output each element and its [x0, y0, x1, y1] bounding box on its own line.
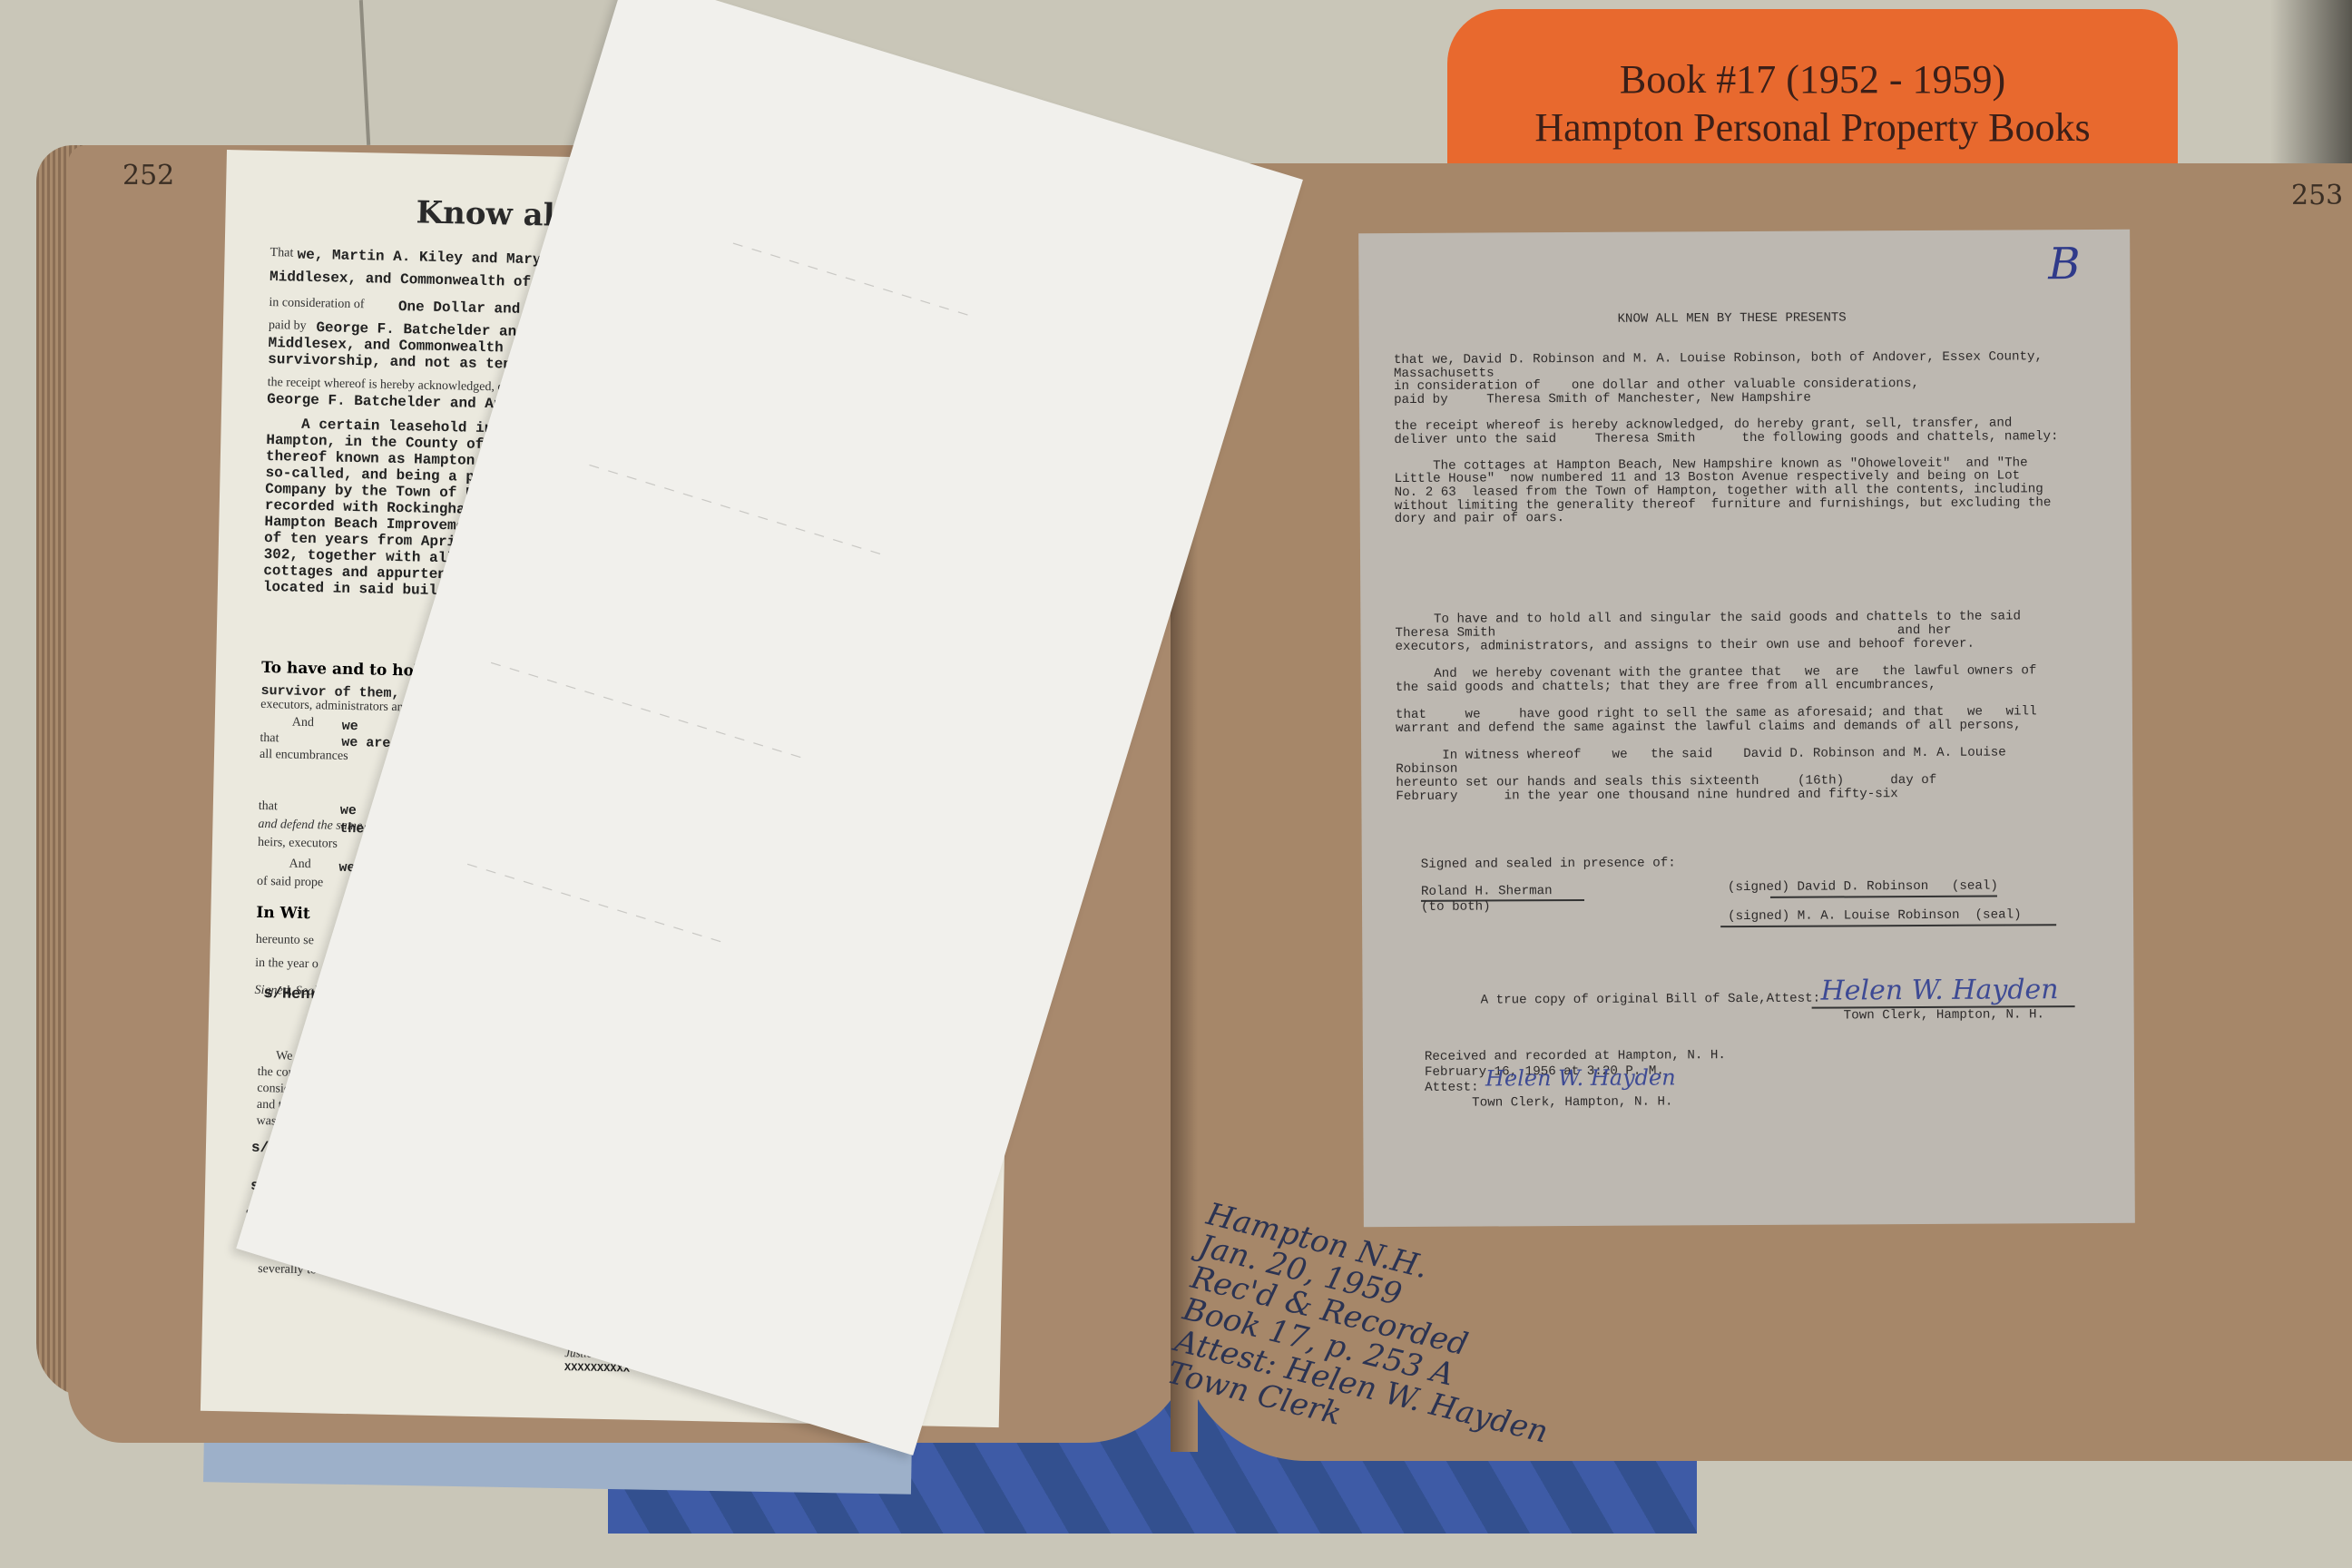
- signer-david-line: [1770, 896, 1997, 898]
- signed-in-presence: Signed and sealed in presence of:: [1421, 856, 1676, 871]
- printed-text: in the year o: [255, 956, 318, 972]
- table-shadow: [2270, 0, 2352, 163]
- typed-line: without limiting the generality thereof …: [1395, 495, 2052, 514]
- typed-line: February in the year one thousand nine h…: [1396, 787, 1897, 804]
- typed-line: warrant and defend the same against the …: [1396, 718, 2022, 736]
- right-bill-of-sale: B KNOW ALL MEN BY THESE PRESENTS that we…: [1358, 230, 2135, 1227]
- typed-text: we: [340, 803, 357, 818]
- ghost-text: — — — — — — — — — — — — — — — — —: [488, 653, 803, 765]
- attest-label: Attest:: [1425, 1081, 1479, 1095]
- right-doc-heading: KNOW ALL MEN BY THESE PRESENTS: [1618, 310, 1847, 326]
- typed-line: the said goods and chattels; that they a…: [1396, 678, 1936, 695]
- typed-text: we are: [341, 735, 390, 751]
- printed-text: hereunto se: [256, 933, 314, 948]
- ghost-text: — — — — — — — — — — — — — —: [465, 855, 723, 949]
- page-number-right: 253: [2291, 180, 2343, 211]
- printed-text: all encumbrances: [260, 748, 348, 764]
- corner-mark: B: [2048, 239, 2081, 289]
- attest-signature: Helen W. Hayden: [1485, 1064, 1676, 1091]
- printed-text: that: [260, 731, 279, 746]
- typed-line: In witness whereof we the said David D. …: [1396, 746, 2006, 764]
- table-seam: [359, 0, 370, 145]
- signer-louise: (signed) M. A. Louise Robinson (seal): [1728, 907, 2022, 924]
- ghost-text: — — — — — — — — — — — — —: [730, 234, 970, 323]
- printed-text: heirs, executors: [258, 836, 338, 852]
- typed-line: executors, administrators, and assigns t…: [1395, 637, 1975, 654]
- true-copy-line: A true copy of original Bill of Sale,Att…: [1481, 992, 1821, 1008]
- witness-name: Roland H. Sherman: [1421, 884, 1553, 899]
- typed-line: paid by Theresa Smith of Manchester, New…: [1394, 390, 1811, 407]
- book-label-tab: Book #17 (1952 - 1959) Hampton Personal …: [1447, 9, 2178, 177]
- attest-title: Town Clerk, Hampton, N. H.: [1472, 1094, 1672, 1110]
- ghost-text: — — — — — — — — — — — — — — — —: [587, 456, 883, 562]
- signer-louise-line: [1720, 924, 2056, 927]
- typed-line: dory and pair of oars.: [1395, 511, 1564, 526]
- printed-text: In Wit: [256, 904, 310, 923]
- book-label-subtitle: Hampton Personal Property Books: [1447, 104, 2178, 151]
- printed-text: in consideration of: [269, 296, 364, 312]
- page-number-left: 252: [122, 160, 174, 191]
- signer-david: (signed) David D. Robinson (seal): [1728, 879, 1998, 896]
- clerk-title: Town Clerk, Hampton, N. H.: [1844, 1007, 2044, 1023]
- witness-note: (to both): [1421, 899, 1491, 914]
- printed-text: And: [289, 857, 310, 873]
- clerk-signature: Helen W. Hayden: [1820, 974, 2058, 1006]
- printed-text: And: [292, 716, 314, 731]
- book-label-title: Book #17 (1952 - 1959): [1447, 56, 2178, 103]
- printed-text: of said prope: [257, 875, 323, 891]
- typed-line: Robinson: [1396, 762, 1457, 777]
- printed-text: paid by: [269, 318, 307, 334]
- typed-line: deliver unto the said Theresa Smith the …: [1394, 429, 2058, 447]
- typed-text: we: [342, 719, 358, 734]
- recorded-line-1: Received and recorded at Hampton, N. H.: [1425, 1048, 1726, 1064]
- printed-text: That: [269, 246, 293, 261]
- printed-text: that: [259, 799, 278, 814]
